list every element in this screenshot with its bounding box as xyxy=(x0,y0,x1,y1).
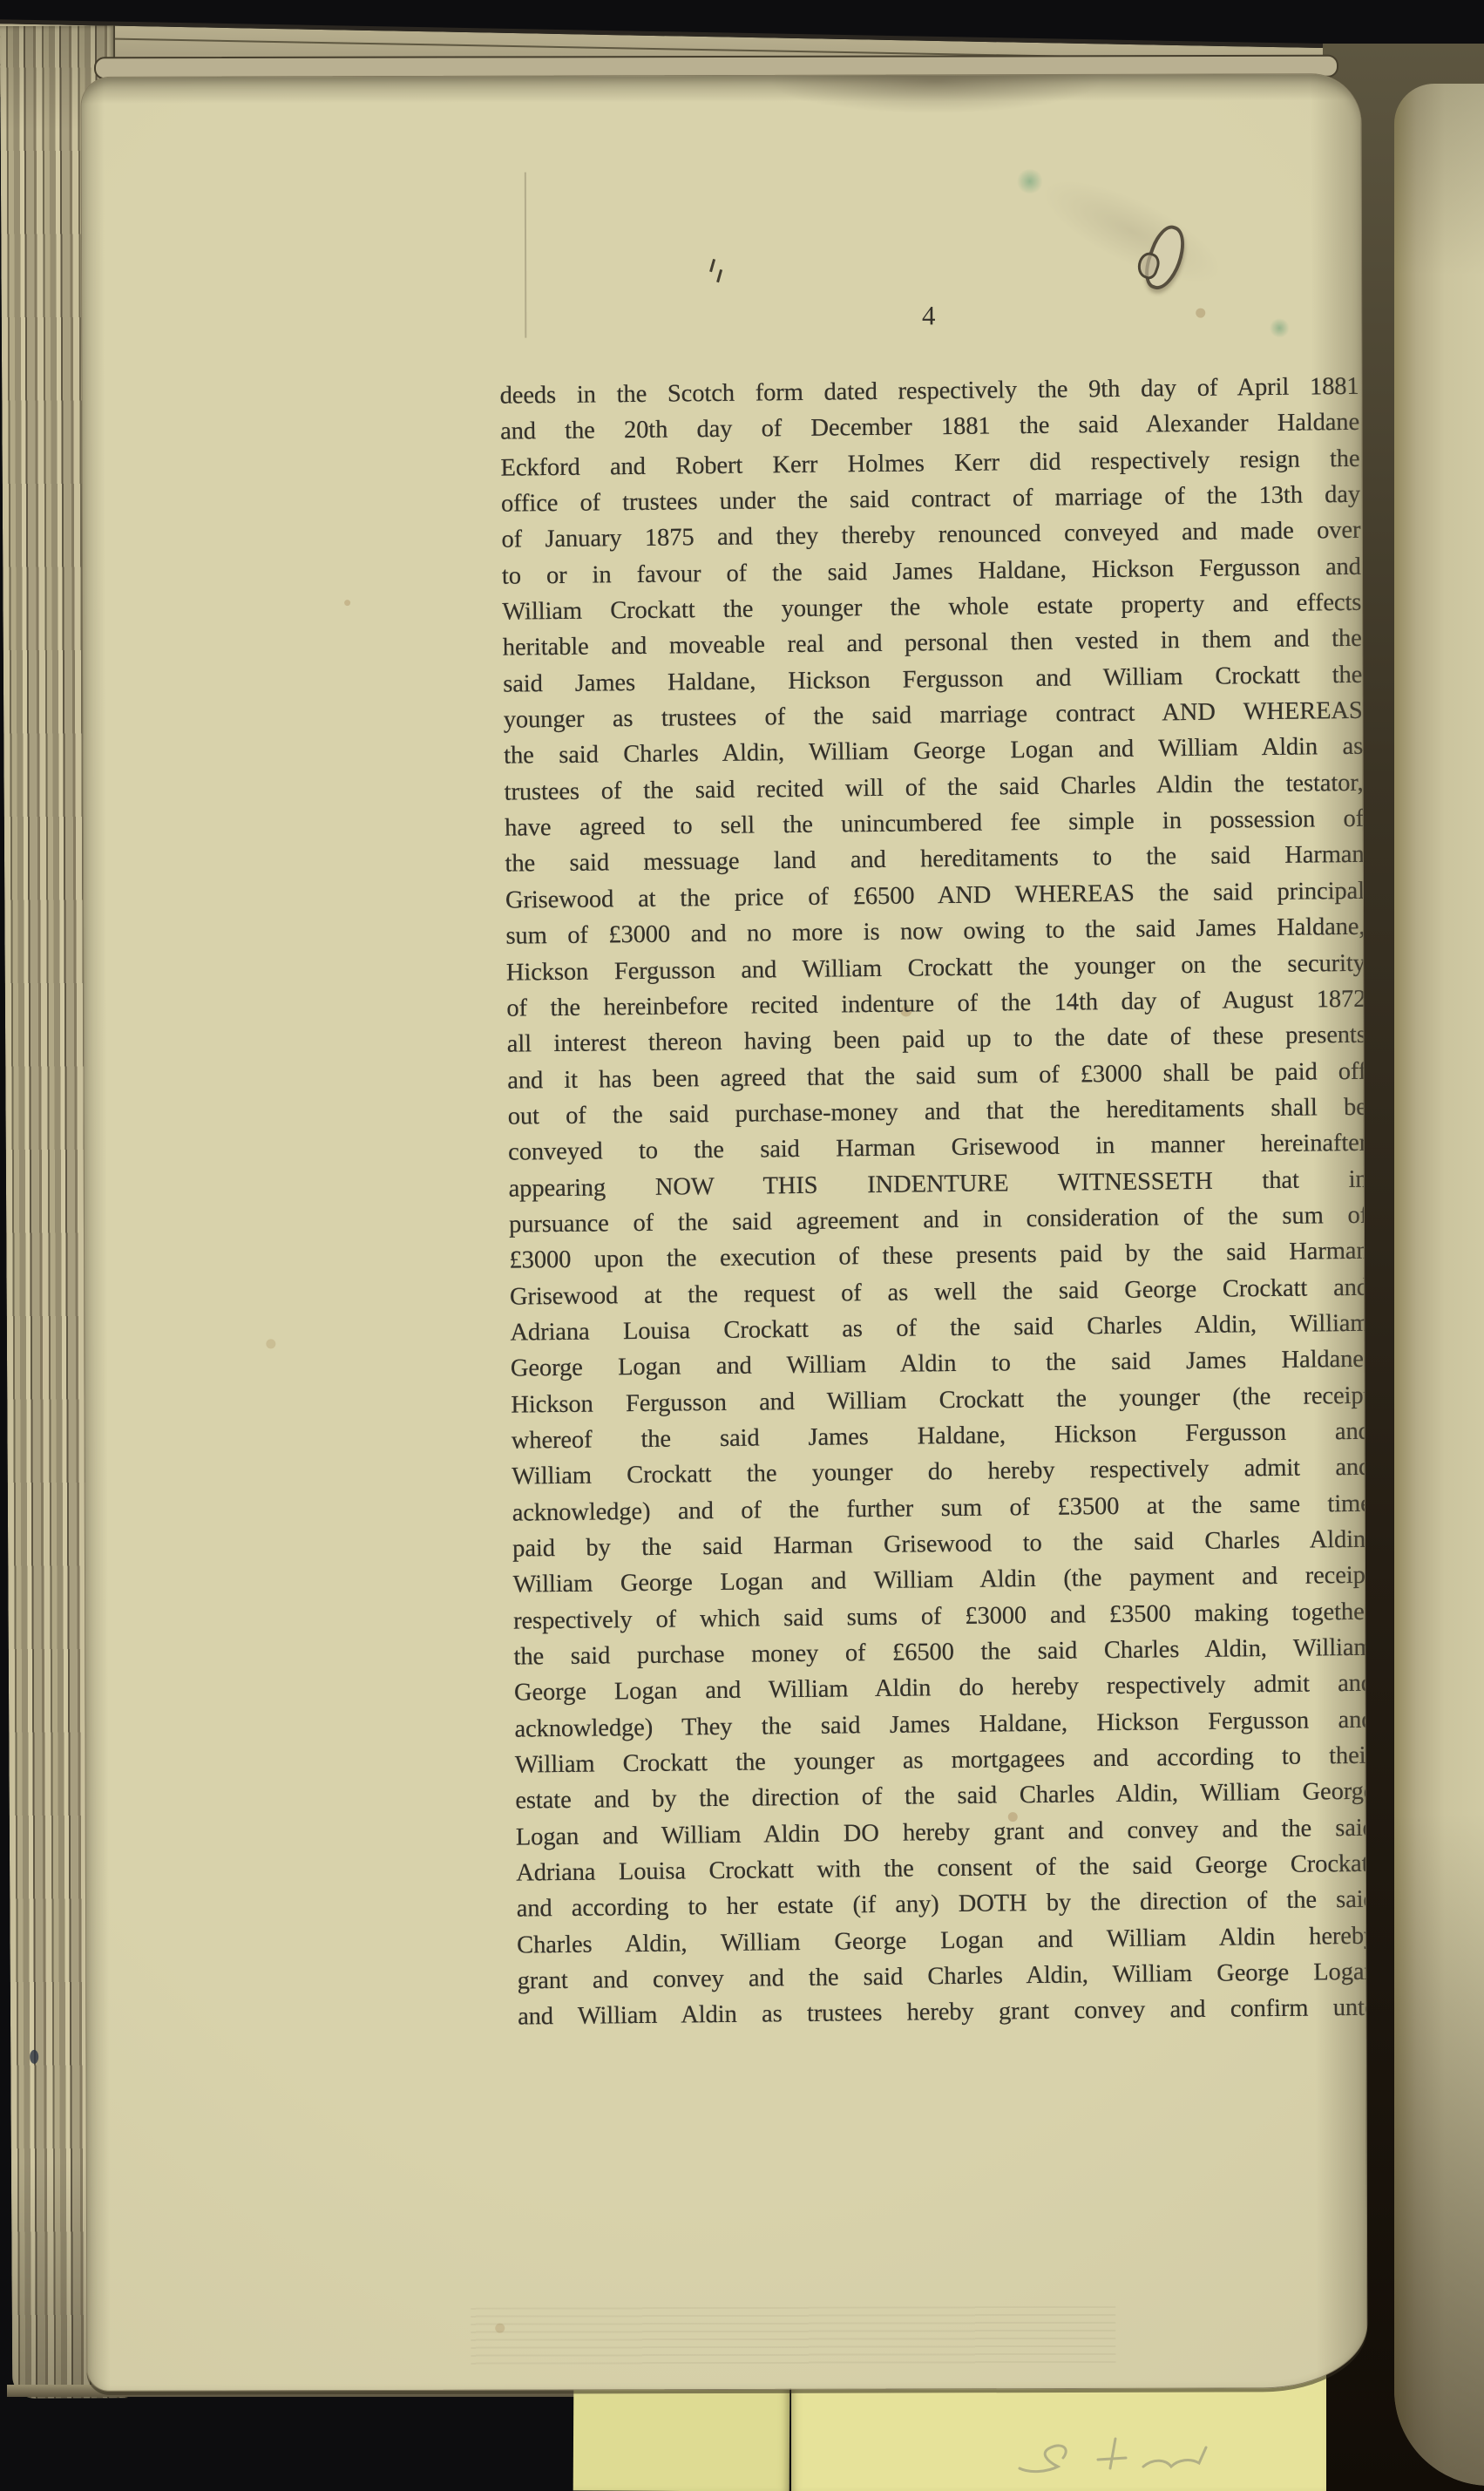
body-text: deeds in the Scotch form dated respectiv… xyxy=(499,369,1367,2036)
facing-page-shading xyxy=(1394,84,1484,2486)
book-photo: 4 deeds in the Scotch form dated respect… xyxy=(0,0,1484,2491)
paper-texture-lines xyxy=(471,2306,1115,2365)
page-inner-shadow xyxy=(82,78,111,2391)
page-curl-shadow xyxy=(1311,74,1367,2387)
pencil-scribble xyxy=(1013,2423,1230,2484)
facing-page xyxy=(1394,84,1484,2486)
page-shading xyxy=(82,74,1361,104)
page-number: 4 xyxy=(499,299,1359,340)
pen-marks xyxy=(711,259,728,285)
green-stain xyxy=(1016,169,1044,193)
sticky-note-left xyxy=(573,2387,790,2491)
foxing-spots xyxy=(344,600,350,606)
stain xyxy=(1011,137,1252,326)
book-page: 4 deeds in the Scotch form dated respect… xyxy=(81,73,1368,2392)
page-shading xyxy=(753,75,1119,137)
ink-spot xyxy=(30,2050,38,2064)
